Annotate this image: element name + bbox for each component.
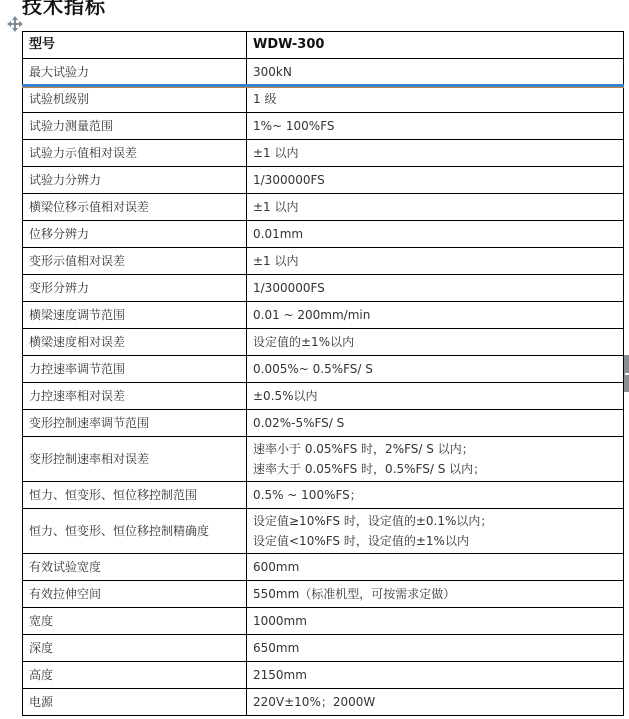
spec-label: 高度	[23, 662, 247, 689]
spec-value-line: 300kN	[253, 62, 617, 82]
section-title: 技术指标	[22, 0, 106, 20]
spec-value-line: 600mm	[253, 557, 617, 577]
spec-value: 220V±10%；2000W	[247, 689, 624, 716]
spec-value-line: ±1 以内	[253, 197, 617, 217]
spec-value: ±1 以内	[247, 194, 624, 221]
spec-label: 横梁速度相对误差	[23, 329, 247, 356]
spec-value-line: ±1 以内	[253, 251, 617, 271]
spec-label: 横梁速度调节范围	[23, 302, 247, 329]
table-row: 恒力、恒变形、恒位移控制精确度设定值≥10%FS 时，设定值的±0.1%以内；设…	[23, 509, 624, 554]
spec-value-line: 0.01 ~ 200mm/min	[253, 305, 617, 325]
table-row: 恒力、恒变形、恒位移控制范围0.5% ~ 100%FS；	[23, 482, 624, 509]
spec-label: 横梁位移示值相对误差	[23, 194, 247, 221]
table-row: 有效试验宽度600mm	[23, 554, 624, 581]
spec-value-line: 0.005%~ 0.5%FS/ S	[253, 359, 617, 379]
spec-value-line: 0.01mm	[253, 224, 617, 244]
spec-value: 0.005%~ 0.5%FS/ S	[247, 356, 624, 383]
spec-label: 变形控制速率相对误差	[23, 437, 247, 482]
spec-value: 1%~ 100%FS	[247, 113, 624, 140]
spec-label: 宽度	[23, 608, 247, 635]
table-row: 深度650mm	[23, 635, 624, 662]
spec-value: 0.01mm	[247, 221, 624, 248]
table-row: 试验力分辨力1/300000FS	[23, 167, 624, 194]
spec-value: 设定值≥10%FS 时，设定值的±0.1%以内；设定值<10%FS 时，设定值的…	[247, 509, 624, 554]
spec-label: 有效试验宽度	[23, 554, 247, 581]
table-row: 试验力测量范围1%~ 100%FS	[23, 113, 624, 140]
spec-label: 力控速率调节范围	[23, 356, 247, 383]
spec-label: 变形示值相对误差	[23, 248, 247, 275]
table-row: 试验机级别1 级	[23, 86, 624, 113]
spec-value-line: 1/300000FS	[253, 278, 617, 298]
spec-value-line: 速率大于 0.05%FS 时，0.5%FS/ S 以内；	[253, 459, 617, 479]
spec-value: 300kN	[247, 59, 624, 86]
table-row: 变形控制速率相对误差速率小于 0.05%FS 时，2%FS/ S 以内；速率大于…	[23, 437, 624, 482]
spec-value-line: 设定值≥10%FS 时，设定值的±0.1%以内；	[253, 511, 617, 531]
spec-label: 试验力分辨力	[23, 167, 247, 194]
spec-value: 1/300000FS	[247, 167, 624, 194]
spec-value-line: 设定值的±1%以内	[253, 332, 617, 352]
spec-label: 试验力测量范围	[23, 113, 247, 140]
spec-value-line: 1000mm	[253, 611, 617, 631]
spec-value-line: 1 级	[253, 89, 617, 109]
spec-value: 1/300000FS	[247, 275, 624, 302]
spec-value-line: 650mm	[253, 638, 617, 658]
row-selection-indicator	[22, 84, 624, 88]
header-value: WDW-300	[247, 32, 624, 59]
spec-value: 设定值的±1%以内	[247, 329, 624, 356]
spec-label: 力控速率相对误差	[23, 383, 247, 410]
spec-value: 速率小于 0.05%FS 时，2%FS/ S 以内；速率大于 0.05%FS 时…	[247, 437, 624, 482]
header-label: 型号	[23, 32, 247, 59]
spec-label: 恒力、恒变形、恒位移控制精确度	[23, 509, 247, 554]
spec-label: 位移分辨力	[23, 221, 247, 248]
spec-value: ±1 以内	[247, 140, 624, 167]
spec-value: ±0.5%以内	[247, 383, 624, 410]
spec-value-line: 0.02%-5%FS/ S	[253, 413, 617, 433]
scrollbar-thumb[interactable]	[624, 355, 629, 392]
spec-value: ±1 以内	[247, 248, 624, 275]
spec-value-line: 550mm（标准机型，可按需求定做）	[253, 584, 617, 604]
table-row: 有效拉伸空间550mm（标准机型，可按需求定做）	[23, 581, 624, 608]
spec-label: 变形分辨力	[23, 275, 247, 302]
spec-label: 试验机级别	[23, 86, 247, 113]
spec-value: 0.02%-5%FS/ S	[247, 410, 624, 437]
move-arrows-icon[interactable]	[7, 16, 23, 32]
spec-value: 650mm	[247, 635, 624, 662]
spec-value: 0.5% ~ 100%FS；	[247, 482, 624, 509]
table-row: 力控速率调节范围0.005%~ 0.5%FS/ S	[23, 356, 624, 383]
spec-label: 变形控制速率调节范围	[23, 410, 247, 437]
spec-label: 最大试验力	[23, 59, 247, 86]
spec-label: 有效拉伸空间	[23, 581, 247, 608]
table-header-row: 型号 WDW-300	[23, 32, 624, 59]
spec-value-line: 设定值<10%FS 时，设定值的±1%以内	[253, 531, 617, 551]
spec-value: 600mm	[247, 554, 624, 581]
spec-value: 550mm（标准机型，可按需求定做）	[247, 581, 624, 608]
table-row: 变形分辨力1/300000FS	[23, 275, 624, 302]
spec-label: 恒力、恒变形、恒位移控制范围	[23, 482, 247, 509]
spec-value-line: 速率小于 0.05%FS 时，2%FS/ S 以内；	[253, 439, 617, 459]
table-row: 位移分辨力0.01mm	[23, 221, 624, 248]
spec-value: 1 级	[247, 86, 624, 113]
table-row: 变形控制速率调节范围0.02%-5%FS/ S	[23, 410, 624, 437]
spec-value-line: 2150mm	[253, 665, 617, 685]
spec-value: 0.01 ~ 200mm/min	[247, 302, 624, 329]
spec-value: 1000mm	[247, 608, 624, 635]
table-row: 力控速率相对误差±0.5%以内	[23, 383, 624, 410]
spec-value: 2150mm	[247, 662, 624, 689]
spec-value-line: 220V±10%；2000W	[253, 692, 617, 712]
table-row: 横梁速度调节范围0.01 ~ 200mm/min	[23, 302, 624, 329]
table-row: 试验力示值相对误差±1 以内	[23, 140, 624, 167]
spec-value-line: 1%~ 100%FS	[253, 116, 617, 136]
spec-label: 试验力示值相对误差	[23, 140, 247, 167]
spec-label: 电源	[23, 689, 247, 716]
spec-value-line: ±0.5%以内	[253, 386, 617, 406]
table-row: 最大试验力300kN	[23, 59, 624, 86]
table-row: 横梁位移示值相对误差±1 以内	[23, 194, 624, 221]
spec-label: 深度	[23, 635, 247, 662]
table-row: 高度2150mm	[23, 662, 624, 689]
table-row: 变形示值相对误差±1 以内	[23, 248, 624, 275]
spec-value-line: 0.5% ~ 100%FS；	[253, 485, 617, 505]
table-row: 电源220V±10%；2000W	[23, 689, 624, 716]
spec-table: 型号 WDW-300 最大试验力300kN试验机级别1 级试验力测量范围1%~ …	[22, 31, 624, 716]
spec-value-line: ±1 以内	[253, 143, 617, 163]
table-row: 横梁速度相对误差设定值的±1%以内	[23, 329, 624, 356]
table-row: 宽度1000mm	[23, 608, 624, 635]
spec-value-line: 1/300000FS	[253, 170, 617, 190]
